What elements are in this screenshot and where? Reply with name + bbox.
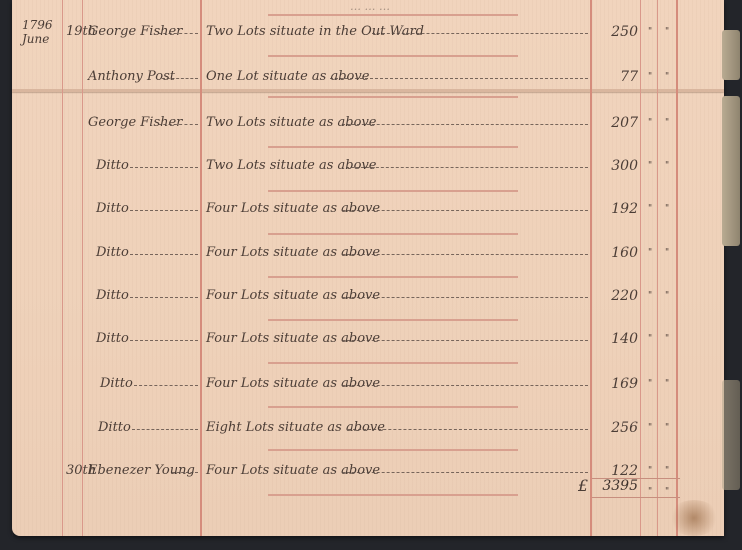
- pence-ditto: ": [665, 67, 669, 87]
- entry-separator: [268, 276, 518, 278]
- entry-description: Eight Lots situate as above: [206, 418, 385, 438]
- entry-separator: [268, 449, 518, 451]
- entry-separator: [268, 319, 518, 321]
- entry-description: Four Lots situate as above: [206, 461, 380, 481]
- entry-amount: 300: [594, 156, 638, 176]
- entry-amount: 220: [594, 286, 638, 306]
- ledger-entry: Ditto Four Lots situate as above 220 " ": [0, 286, 742, 310]
- entry-amount: 256: [594, 418, 638, 438]
- total-shillings-ditto: ": [648, 482, 652, 502]
- shillings-ditto: ": [648, 374, 652, 394]
- ledger-entry: 19th George Fisher Two Lots situate in t…: [0, 22, 742, 46]
- shillings-ditto: ": [648, 22, 652, 42]
- entry-description: Two Lots situate in the Out Ward: [206, 22, 424, 42]
- entry-name: Ditto: [96, 199, 129, 219]
- entry-description: Four Lots situate as above: [206, 243, 380, 263]
- shillings-ditto: ": [648, 329, 652, 349]
- entry-name: George Fisher: [88, 22, 182, 42]
- entry-name: Ditto: [100, 374, 133, 394]
- entry-description: Four Lots situate as above: [206, 374, 380, 394]
- ledger-entry: Ditto Eight Lots situate as above 256 " …: [0, 418, 742, 442]
- pence-ditto: ": [665, 243, 669, 263]
- entry-separator: [268, 406, 518, 408]
- ledger-entry: Anthony Post One Lot situate as above 77…: [0, 67, 742, 91]
- entry-name: Ebenezer Young: [88, 461, 195, 481]
- entry-name: Ditto: [98, 418, 131, 438]
- entry-name: Ditto: [96, 286, 129, 306]
- entry-amount: 77: [594, 67, 638, 87]
- entry-description: Two Lots situate as above: [206, 113, 377, 133]
- entry-amount: 160: [594, 243, 638, 263]
- pence-ditto: ": [665, 418, 669, 438]
- shillings-ditto: ": [648, 286, 652, 306]
- entry-name: George Fisher: [88, 113, 182, 133]
- shillings-ditto: ": [648, 67, 652, 87]
- pence-ditto: ": [665, 156, 669, 176]
- entry-separator: [268, 233, 518, 235]
- entry-description: One Lot situate as above: [206, 67, 369, 87]
- shillings-ditto: ": [648, 156, 652, 176]
- entry-amount: 207: [594, 113, 638, 133]
- ledger-entry: Ditto Two Lots situate as above 300 " ": [0, 156, 742, 180]
- ledger-entry: Ditto Four Lots situate as above 169 " ": [0, 374, 742, 398]
- entry-amount: 250: [594, 22, 638, 42]
- entry-amount: 192: [594, 199, 638, 219]
- entry-separator: [268, 190, 518, 192]
- ink-stain: [668, 500, 720, 536]
- top-residual-text: … … …: [350, 0, 390, 13]
- ledger-entry: Ditto Four Lots situate as above 160 " ": [0, 243, 742, 267]
- entry-amount: 140: [594, 329, 638, 349]
- pence-ditto: ": [665, 329, 669, 349]
- ledger-entry: George Fisher Two Lots situate as above …: [0, 113, 742, 137]
- entry-separator: [268, 146, 518, 148]
- pence-ditto: ": [665, 22, 669, 42]
- entry-name: Ditto: [96, 329, 129, 349]
- entry-description: Two Lots situate as above: [206, 156, 377, 176]
- entry-separator: [268, 96, 518, 98]
- entry-description: Four Lots situate as above: [206, 286, 380, 306]
- entry-amount: 169: [594, 374, 638, 394]
- total-pence-ditto: ": [665, 482, 669, 502]
- entry-description: Four Lots situate as above: [206, 329, 380, 349]
- entry-name: Anthony Post: [88, 67, 175, 87]
- total-amount: 3395: [594, 478, 638, 494]
- pence-ditto: ": [665, 286, 669, 306]
- entry-name: Ditto: [96, 243, 129, 263]
- entry-separator: [268, 494, 518, 496]
- pound-sign: £: [578, 476, 588, 495]
- shillings-ditto: ": [648, 418, 652, 438]
- shillings-ditto: ": [648, 243, 652, 263]
- entry-separator: [268, 55, 518, 57]
- ledger-entry: Ditto Four Lots situate as above 140 " ": [0, 329, 742, 353]
- pence-ditto: ": [665, 374, 669, 394]
- shillings-ditto: ": [648, 199, 652, 219]
- entry-description: Four Lots situate as above: [206, 199, 380, 219]
- shillings-ditto: ": [648, 113, 652, 133]
- entry-separator: [268, 14, 518, 16]
- ledger-entry: Ditto Four Lots situate as above 192 " ": [0, 199, 742, 223]
- pence-ditto: ": [665, 199, 669, 219]
- entry-separator: [268, 362, 518, 364]
- pence-ditto: ": [665, 113, 669, 133]
- entry-name: Ditto: [96, 156, 129, 176]
